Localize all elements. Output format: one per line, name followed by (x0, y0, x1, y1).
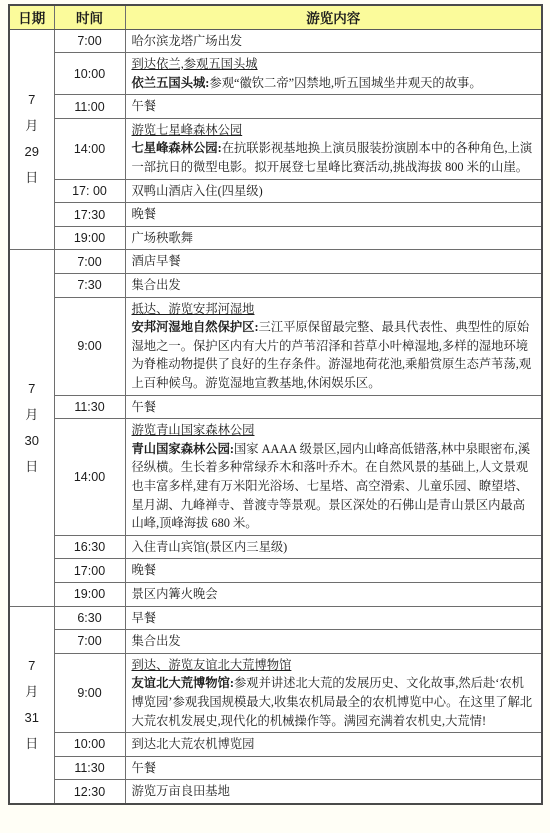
content-cell: 集合出发 (125, 274, 542, 298)
itinerary-row: 11:00午餐 (9, 95, 542, 119)
date-line: 日 (11, 731, 53, 757)
content-cell: 游览万亩良田基地 (125, 780, 542, 804)
time-cell: 6:30 (54, 606, 125, 630)
content-cell: 游览青山国家森林公园青山国家森林公园:国家 AAAA 级景区,园内山峰高低错落,… (125, 419, 542, 536)
activity-text: 景区内篝火晚会 (132, 585, 536, 604)
time-cell: 19:00 (54, 226, 125, 250)
spot-description: 七星峰森林公园:在抗联影视基地换上演员服装扮演剧本中的各种角色,上演一部抗日的微… (132, 139, 536, 176)
content-cell: 景区内篝火晚会 (125, 582, 542, 606)
activity-text: 晚餐 (132, 205, 536, 224)
itinerary-row: 7月29日7:00哈尔滨龙塔广场出发 (9, 29, 542, 53)
content-cell: 酒店早餐 (125, 250, 542, 274)
itinerary-page: 日期 时间 游览内容 7月29日7:00哈尔滨龙塔广场出发10:00到达依兰,参… (0, 0, 550, 833)
activity-text: 哈尔滨龙塔广场出发 (132, 32, 536, 51)
activity-text: 午餐 (132, 97, 536, 116)
itinerary-row: 10:00到达依兰,参观五国头城依兰五国头城:参观“徽钦二帝”囚禁地,听五国城坐… (9, 53, 542, 95)
tour-title: 到达、游览友谊北大荒博物馆 (132, 656, 536, 675)
time-cell: 10:00 (54, 733, 125, 757)
date-line: 30 (11, 428, 53, 454)
activity-text: 双鸭山酒店入住(四星级) (132, 182, 536, 201)
header-date: 日期 (9, 5, 54, 29)
itinerary-row: 11:30午餐 (9, 395, 542, 419)
content-cell: 晚餐 (125, 203, 542, 227)
date-line: 7 (11, 653, 53, 679)
activity-text: 晚餐 (132, 561, 536, 580)
itinerary-row: 19:00景区内篝火晚会 (9, 582, 542, 606)
date-line: 29 (11, 139, 53, 165)
activity-text: 广场秧歌舞 (132, 229, 536, 248)
tour-title: 游览七星峰森林公园 (132, 121, 536, 140)
content-cell: 双鸭山酒店入住(四星级) (125, 179, 542, 203)
itinerary-row: 7月30日7:00酒店早餐 (9, 250, 542, 274)
time-cell: 17: 00 (54, 179, 125, 203)
itinerary-row: 17:30晚餐 (9, 203, 542, 227)
itinerary-row: 9:00抵达、游览安邦河湿地安邦河湿地自然保护区:三江平原保留最完整、最具代表性… (9, 297, 542, 395)
time-cell: 7:00 (54, 630, 125, 654)
date-cell: 7月29日 (9, 29, 54, 250)
date-line: 月 (11, 679, 53, 705)
spot-description: 依兰五国头城:参观“徽钦二帝”囚禁地,听五国城坐井观天的故事。 (132, 74, 536, 93)
spot-name: 安邦河湿地自然保护区: (132, 320, 259, 334)
itinerary-row: 10:00到达北大荒农机博览园 (9, 733, 542, 757)
activity-text: 游览万亩良田基地 (132, 782, 536, 801)
itinerary-row: 7:30集合出发 (9, 274, 542, 298)
spot-description: 安邦河湿地自然保护区:三江平原保留最完整、最具代表性、典型性的原始湿地之一。保护… (132, 318, 536, 392)
time-cell: 11:30 (54, 756, 125, 780)
spot-description: 友谊北大荒博物馆:参观并讲述北大荒的发展历史、文化故事,然后赴‘农机博览园’参观… (132, 674, 536, 730)
time-cell: 12:30 (54, 780, 125, 804)
time-cell: 19:00 (54, 582, 125, 606)
date-line: 日 (11, 165, 53, 191)
itinerary-table: 日期 时间 游览内容 7月29日7:00哈尔滨龙塔广场出发10:00到达依兰,参… (8, 4, 543, 805)
time-cell: 7:00 (54, 29, 125, 53)
content-cell: 早餐 (125, 606, 542, 630)
itinerary-row: 11:30午餐 (9, 756, 542, 780)
header-time: 时间 (54, 5, 125, 29)
itinerary-row: 14:00游览七星峰森林公园七星峰森林公园:在抗联影视基地换上演员服装扮演剧本中… (9, 118, 542, 179)
content-cell: 集合出发 (125, 630, 542, 654)
date-line: 31 (11, 705, 53, 731)
content-cell: 午餐 (125, 395, 542, 419)
content-cell: 到达、游览友谊北大荒博物馆友谊北大荒博物馆:参观并讲述北大荒的发展历史、文化故事… (125, 653, 542, 732)
itinerary-row: 12:30游览万亩良田基地 (9, 780, 542, 804)
spot-name: 友谊北大荒博物馆: (132, 676, 234, 690)
activity-text: 酒店早餐 (132, 252, 536, 271)
content-cell: 到达依兰,参观五国头城依兰五国头城:参观“徽钦二帝”囚禁地,听五国城坐井观天的故… (125, 53, 542, 95)
content-cell: 广场秧歌舞 (125, 226, 542, 250)
time-cell: 17:30 (54, 203, 125, 227)
itinerary-row: 19:00广场秧歌舞 (9, 226, 542, 250)
itinerary-row: 17: 00双鸭山酒店入住(四星级) (9, 179, 542, 203)
time-cell: 17:00 (54, 559, 125, 583)
time-cell: 16:30 (54, 535, 125, 559)
tour-title: 游览青山国家森林公园 (132, 421, 536, 440)
activity-text: 早餐 (132, 609, 536, 628)
spot-description-text: 参观“徽钦二帝”囚禁地,听五国城坐井观天的故事。 (209, 76, 481, 90)
spot-name: 依兰五国头城: (132, 76, 210, 90)
time-cell: 11:00 (54, 95, 125, 119)
itinerary-row: 7月31日6:30早餐 (9, 606, 542, 630)
date-line: 月 (11, 402, 53, 428)
content-cell: 午餐 (125, 756, 542, 780)
time-cell: 7:30 (54, 274, 125, 298)
spot-name: 青山国家森林公园: (132, 442, 234, 456)
activity-text: 集合出发 (132, 276, 536, 295)
tour-title: 抵达、游览安邦河湿地 (132, 300, 536, 319)
activity-text: 集合出发 (132, 632, 536, 651)
content-cell: 午餐 (125, 95, 542, 119)
itinerary-body: 7月29日7:00哈尔滨龙塔广场出发10:00到达依兰,参观五国头城依兰五国头城… (9, 29, 542, 804)
content-cell: 哈尔滨龙塔广场出发 (125, 29, 542, 53)
content-cell: 晚餐 (125, 559, 542, 583)
itinerary-row: 14:00游览青山国家森林公园青山国家森林公园:国家 AAAA 级景区,园内山峰… (9, 419, 542, 536)
activity-text: 到达北大荒农机博览园 (132, 735, 536, 754)
itinerary-row: 16:30入住青山宾馆(景区内三星级) (9, 535, 542, 559)
content-cell: 抵达、游览安邦河湿地安邦河湿地自然保护区:三江平原保留最完整、最具代表性、典型性… (125, 297, 542, 395)
header-row: 日期 时间 游览内容 (9, 5, 542, 29)
activity-text: 入住青山宾馆(景区内三星级) (132, 538, 536, 557)
content-cell: 到达北大荒农机博览园 (125, 733, 542, 757)
itinerary-row: 7:00集合出发 (9, 630, 542, 654)
date-line: 月 (11, 113, 53, 139)
time-cell: 11:30 (54, 395, 125, 419)
date-cell: 7月31日 (9, 606, 54, 804)
date-line: 日 (11, 454, 53, 480)
date-cell: 7月30日 (9, 250, 54, 606)
time-cell: 10:00 (54, 53, 125, 95)
time-cell: 9:00 (54, 653, 125, 732)
spot-name: 七星峰森林公园: (132, 141, 222, 155)
content-cell: 游览七星峰森林公园七星峰森林公园:在抗联影视基地换上演员服装扮演剧本中的各种角色… (125, 118, 542, 179)
header-content: 游览内容 (125, 5, 542, 29)
date-line: 7 (11, 87, 53, 113)
spot-description: 青山国家森林公园:国家 AAAA 级景区,园内山峰高低错落,林中泉眼密布,溪径纵… (132, 440, 536, 533)
itinerary-row: 17:00晚餐 (9, 559, 542, 583)
time-cell: 7:00 (54, 250, 125, 274)
content-cell: 入住青山宾馆(景区内三星级) (125, 535, 542, 559)
activity-text: 午餐 (132, 759, 536, 778)
tour-title: 到达依兰,参观五国头城 (132, 55, 536, 74)
itinerary-row: 9:00到达、游览友谊北大荒博物馆友谊北大荒博物馆:参观并讲述北大荒的发展历史、… (9, 653, 542, 732)
date-line: 7 (11, 376, 53, 402)
time-cell: 14:00 (54, 419, 125, 536)
activity-text: 午餐 (132, 398, 536, 417)
time-cell: 14:00 (54, 118, 125, 179)
time-cell: 9:00 (54, 297, 125, 395)
